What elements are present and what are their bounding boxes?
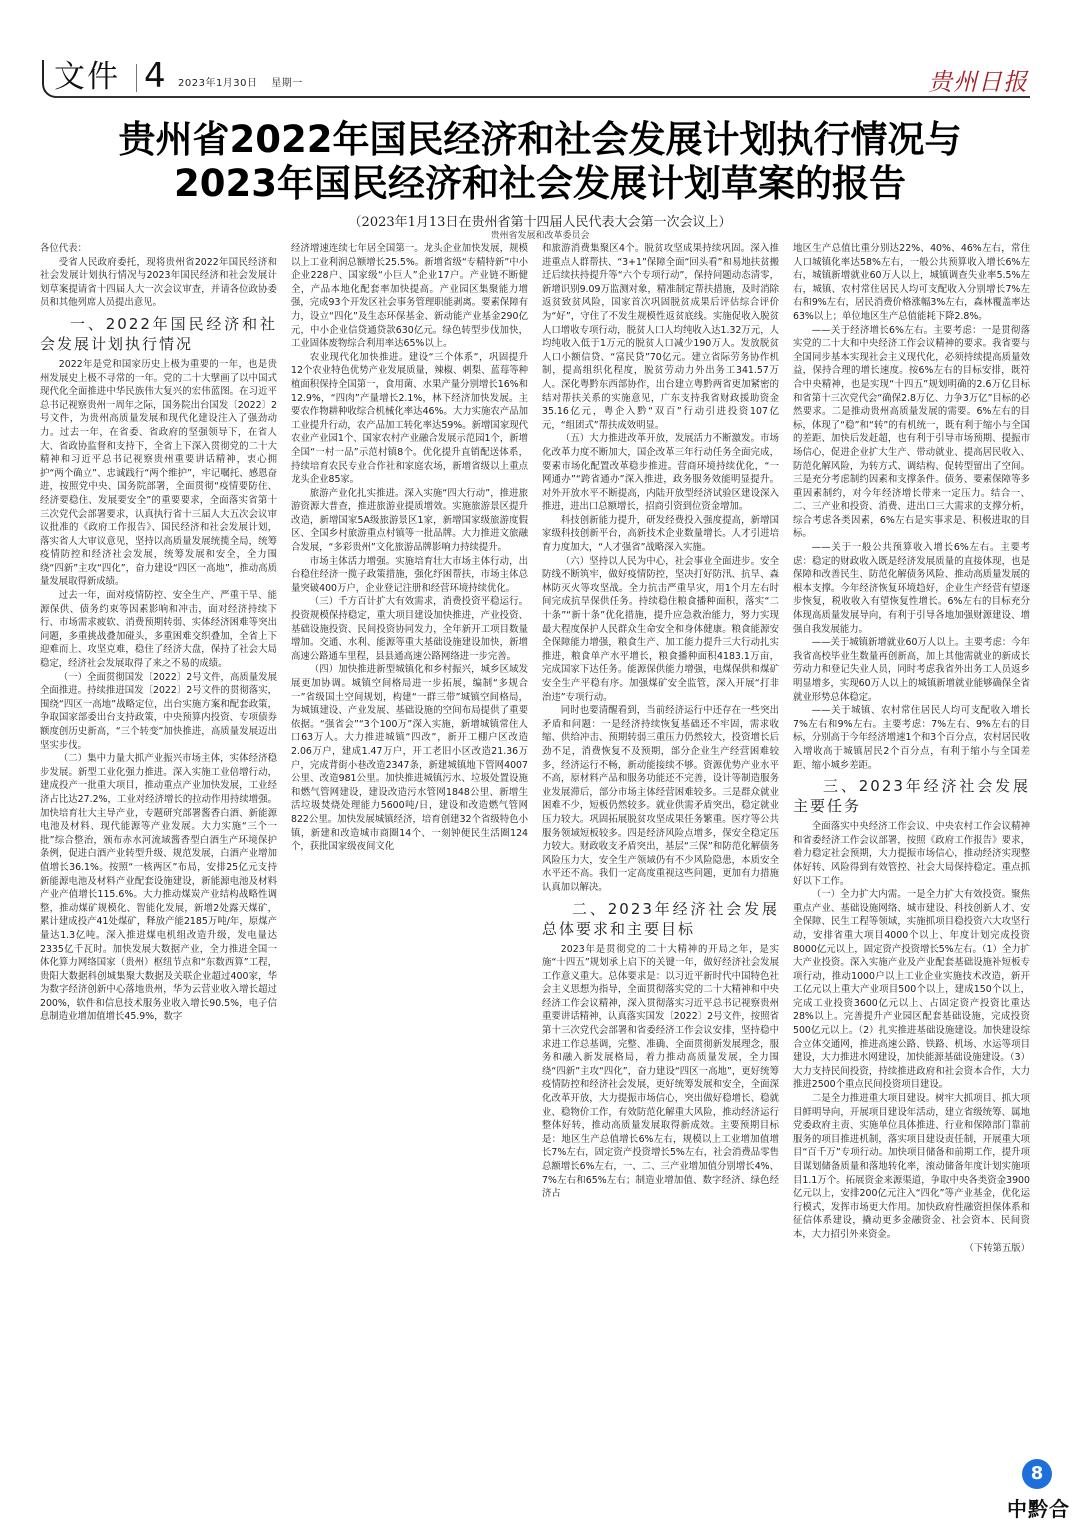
- paragraph: ——关于城镇、农村常住居民人均可支配收入增长7%左右和9%左右。主要考虑：7%左…: [793, 704, 1030, 772]
- article-byline: 贵州省发展和改革委员会: [0, 228, 1080, 241]
- section-heading: 三、2023年经济社会发展主要任务: [793, 776, 1030, 816]
- weekday-text: 星期一: [271, 78, 303, 89]
- section-heading: 一、2022年国民经济和社会发展计划执行情况: [40, 314, 277, 354]
- paragraph: （一）全面贯彻国发〔2022〕2号文件，高质量发展全面推进。持续推进国发〔202…: [40, 671, 277, 753]
- paragraph: 2022年是党和国家历史上极为重要的一年，也是贵州发展史上极不寻常的一年。党的二…: [40, 358, 277, 589]
- newspaper-logo: 贵州日报: [928, 62, 1028, 97]
- paragraph: ——关于城镇新增就业60万人以上。主要考虑：今年我省高校毕业生数量再创新高，加上…: [793, 636, 1030, 704]
- masthead-divider: [136, 64, 137, 92]
- section-name: 文件: [54, 58, 120, 96]
- paragraph: （二）集中力量大抓产业振兴市场主体，实体经济稳步发展。新型工业化强力推进。深入实…: [40, 752, 277, 1024]
- paragraph: （五）大力推进改革开放，发展活力不断激发。市场化改革力度不断加大，国企改革三年行…: [542, 432, 779, 514]
- article-title-line-1: 贵州省2022年国民经济和社会发展计划执行情况与: [0, 118, 1080, 162]
- paragraph: ——关于经济增长6%左右。主要考虑：一是贯彻落实党的二十大和中央经济工作会议精神…: [793, 324, 1030, 542]
- paragraph: 同时也要清醒看到，当前经济运行中还存在一些突出矛盾和问题：一是经济持续恢复基础还…: [542, 704, 779, 894]
- paragraph: 过去一年，面对疫情防控、安全生产、严重干旱、能源保供、债务约束等因素影响和冲击，…: [40, 589, 277, 671]
- paragraph: 二是全力推进重大项目建设。树牢大抓项目、抓大项目鲜明导向，开展项目建设年活动，建…: [793, 1092, 1030, 1242]
- section-heading: 二、2023年经济社会发展总体要求和主要目标: [542, 899, 779, 939]
- date-text: 2023年1月30日: [178, 78, 258, 89]
- paragraph: 和旅游消费集聚区4个。脱贫攻坚成果持续巩固。深入推进重点人群帮扶、“3+1”保障…: [542, 242, 779, 432]
- paragraph: （六）坚持以人民为中心，社会事业全面进步。安全防线不断筑牢，做好疫情防控，坚决打…: [542, 555, 779, 705]
- paragraph: 旅游产业化扎实推进。深入实施“四大行动”，推进旅游资源大普查，推进旅游业提质增效…: [291, 487, 528, 555]
- watermark: 8 中黔合: [990, 1459, 1070, 1525]
- paragraph: 全面落实中央经济工作会议、中央农村工作会议精神和省委经济工作会议部署，按照《政府…: [793, 820, 1030, 888]
- issue-date: 2023年1月30日 星期一: [178, 74, 313, 89]
- paragraph: （四）加快推进新型城镇化和乡村振兴，城乡区域发展更加协调。城镇空间格局进一步拓展…: [291, 663, 528, 853]
- column-3: 和旅游消费集聚区4个。脱贫攻坚成果持续巩固。深入推进重点人群帮扶、“3+1”保障…: [542, 242, 779, 1487]
- paragraph: 市场主体活力增强。实施培育壮大市场主体行动，出台稳住经济一揽子政策措施，强化纾困…: [291, 555, 528, 596]
- article-title-line-2: 2023年国民经济和社会发展计划草案的报告: [0, 162, 1080, 206]
- paragraph: 受省人民政府委托，现将贵州省2022年国民经济和社会发展计划执行情况与2023年…: [40, 256, 277, 310]
- article-title: 贵州省2022年国民经济和社会发展计划执行情况与 2023年国民经济和社会发展计…: [0, 118, 1080, 206]
- paragraph: 地区生产总值比重分别达22%、40%、46%左右，常住人口城镇化率达58%左右，…: [793, 242, 1030, 324]
- paragraph: ——关于一般公共预算收入增长6%左右。主要考虑：稳定的财政收入既是经济发展质量的…: [793, 541, 1030, 636]
- page-number: 4: [144, 57, 166, 95]
- column-1: 各位代表：受省人民政府委托，现将贵州省2022年国民经济和社会发展计划执行情况与…: [40, 242, 277, 1487]
- paragraph: 经济增速连续七年居全国第一。龙头企业加快发展，规模以上工业利润总额增长25.5%…: [291, 242, 528, 351]
- paragraph: （三）千方百计扩大有效需求，消费投资平稳运行。投资规模保持稳定，重大项目建设加快…: [291, 595, 528, 663]
- article-body: 各位代表：受省人民政府委托，现将贵州省2022年国民经济和社会发展计划执行情况与…: [40, 242, 1030, 1487]
- paragraph: 农业现代化加快推进。建设“三个体系”，巩固提升12个农业特色优势产业发展质量，辣…: [291, 351, 528, 487]
- masthead-rule: [54, 96, 1030, 98]
- paragraph: 科技创新能力提升，研发经费投入强度提高，新增国家级科技创新平台，高新技术企业数量…: [542, 514, 779, 555]
- column-2: 经济增速连续七年居全国第一。龙头企业加快发展，规模以上工业利润总额增长25.5%…: [291, 242, 528, 1487]
- column-4: 地区生产总值比重分别达22%、40%、46%左右，常住人口城镇化率达58%左右，…: [793, 242, 1030, 1487]
- salutation: 各位代表：: [40, 242, 277, 256]
- watermark-text: 中黔合: [1007, 1493, 1070, 1522]
- watermark-logo-icon: 8: [1022, 1459, 1052, 1489]
- paragraph: （一）全力扩大内需。一是全力扩大有效投资。聚焦重点产业、基础设施网络、城市建设、…: [793, 888, 1030, 1092]
- masthead: 文件 4 2023年1月30日 星期一 贵州日报: [40, 58, 1030, 98]
- continued-on-page-note: （下转第五版）: [793, 1242, 1030, 1256]
- paragraph: 2023年是贯彻党的二十大精神的开局之年，是实施“十四五”规划承上启下的关键一年…: [542, 943, 779, 1201]
